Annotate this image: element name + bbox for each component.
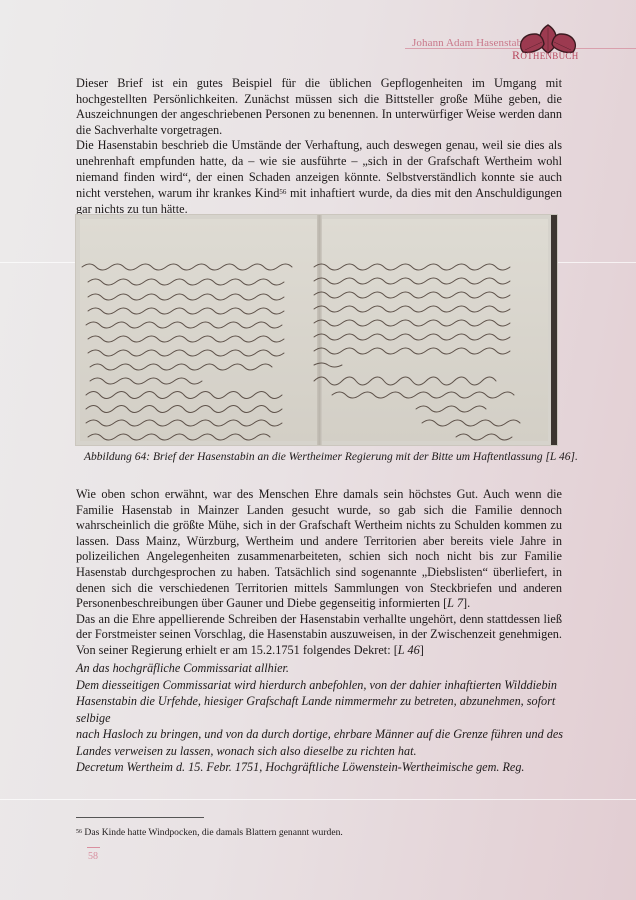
paragraph: Die Hasenstabin beschrieb die Umstände d… bbox=[76, 138, 562, 217]
figure-caption: Abbildung 64: Brief der Hasenstabin an d… bbox=[84, 451, 578, 463]
quote-line: Hasenstabin die Urfehde, hiesiger Grafsc… bbox=[76, 693, 576, 726]
decree-quote: An das hochgräfliche Commissariat allhie… bbox=[76, 660, 576, 776]
quote-line: Decretum Wertheim d. 15. Febr. 1751, Hoc… bbox=[76, 759, 576, 776]
handwriting-illustration bbox=[76, 215, 557, 445]
quote-line: An das hochgräfliche Commissariat allhie… bbox=[76, 660, 576, 677]
background-band bbox=[0, 799, 636, 800]
body-text-main: Wie oben schon erwähnt, war des Menschen… bbox=[76, 487, 562, 659]
paragraph: Dieser Brief ist ein gutes Beispiel für … bbox=[76, 76, 562, 138]
footnote: 56 Das Kinde hatte Windpocken, die damal… bbox=[76, 827, 343, 838]
logo-wordmark: ROTHENBUCH bbox=[512, 48, 579, 63]
quote-line: nach Hasloch zu bringen, und von da durc… bbox=[76, 726, 576, 743]
paragraph: Das an die Ehre appellierende Schreiben … bbox=[76, 612, 562, 659]
page-number-rule bbox=[87, 847, 100, 848]
footnote-rule bbox=[76, 817, 204, 818]
quote-line: Dem diesseitigen Commissariat wird hierd… bbox=[76, 677, 576, 694]
literature-reference[interactable]: L 7 bbox=[447, 596, 463, 610]
running-header-title: Johann Adam Hasenstab bbox=[412, 37, 522, 49]
manuscript-figure bbox=[76, 215, 557, 445]
page-number: 58 bbox=[88, 851, 98, 862]
quote-line: Landes verweisen zu lassen, wonach sich … bbox=[76, 743, 576, 760]
body-text-intro: Dieser Brief ist ein gutes Beispiel für … bbox=[76, 76, 562, 217]
literature-reference[interactable]: L 46 bbox=[398, 643, 420, 657]
paragraph: Wie oben schon erwähnt, war des Menschen… bbox=[76, 487, 562, 612]
